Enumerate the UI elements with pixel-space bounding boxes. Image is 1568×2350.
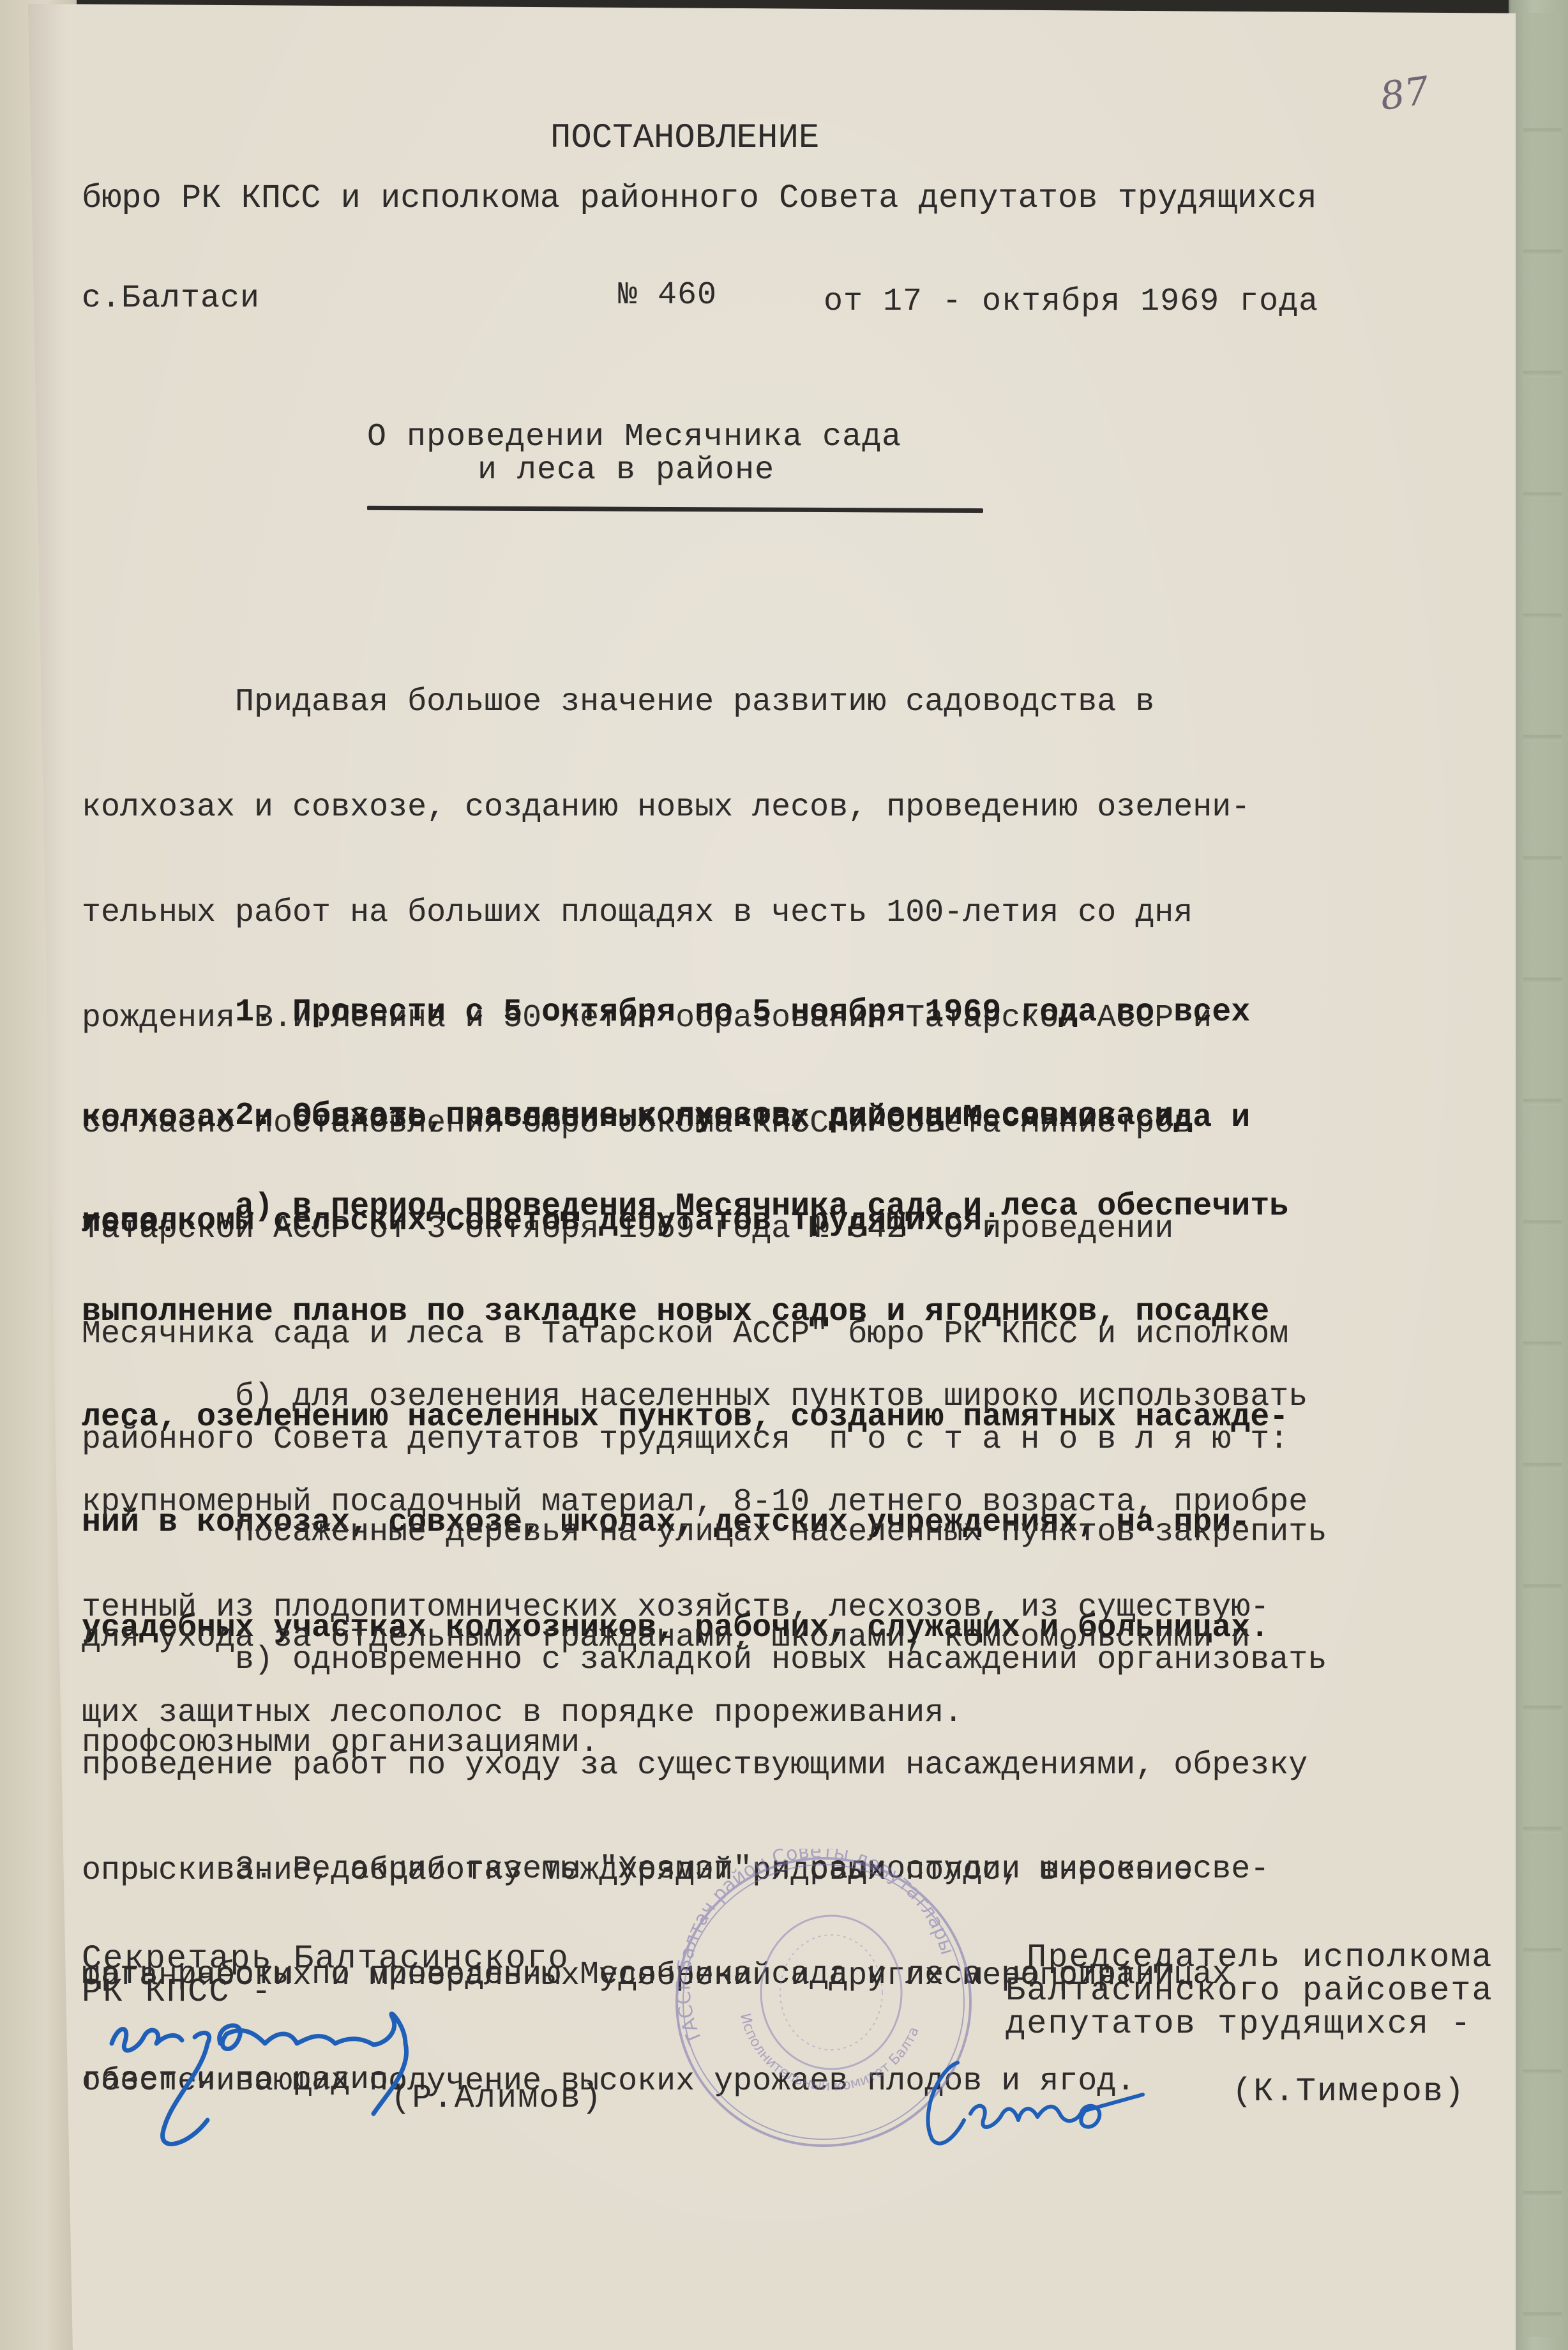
item-2v-line: проведение работ по уходу за существующи… xyxy=(82,1748,1525,1783)
item-2b-extra-line: Посаженные деревья на улицах населенных … xyxy=(82,1515,1525,1550)
item-1-line: 1. Провести с 5 октября по 5 ноября 1969… xyxy=(82,995,1525,1030)
right-signatory-name: (К.Тимеров) xyxy=(1232,2075,1465,2109)
subject-line-1: О проведении Месячника сада xyxy=(367,421,901,453)
document-issuer: бюро РК КПСС и исполкома районного Совет… xyxy=(82,182,1317,215)
left-handwritten-signature xyxy=(105,2005,514,2152)
stamp-outer-text: ТАССР Балтач район Советы депутатлары xyxy=(672,1849,958,2048)
preamble-line: колхозах и совхозе, созданию новых лесов… xyxy=(82,790,1525,825)
right-signatory-title-2: Балтасинского райсовета xyxy=(1006,1975,1493,2008)
left-signatory-name: (Р.Алимов) xyxy=(391,2082,603,2115)
handwritten-page-number: 87 xyxy=(1378,68,1432,119)
right-signatory-title-1: Председатель исполкома xyxy=(1027,1941,1493,1975)
subject-line-2: и леса в районе xyxy=(478,455,774,487)
svg-text:ТАССР Балтач район Советы депу: ТАССР Балтач район Советы депутатлары xyxy=(672,1849,958,2048)
document-title: ПОСТАНОВЛЕНИЕ xyxy=(550,121,819,156)
document-date: от 17 - октября 1969 года xyxy=(824,286,1318,318)
item-2v-line: в) одновременно с закладкой новых насажд… xyxy=(82,1642,1525,1678)
folder-edge-texture xyxy=(1523,13,1562,2337)
document-number: № 460 xyxy=(618,280,717,312)
item-2b-line: б) для озеленения населенных пунктов шир… xyxy=(82,1379,1525,1414)
item-2a-line: а) в период проведения Месячника сада и … xyxy=(82,1189,1525,1224)
left-signatory-title-1: Секретарь Балтасинского xyxy=(82,1943,569,1976)
left-signatory-title-2: РК КПСС - xyxy=(82,1976,273,2009)
right-signatory-title-3: депутатов трудящихся - xyxy=(1006,2008,1472,2041)
preamble-line: Придавая большое значение развитию садов… xyxy=(82,685,1525,720)
document-place: с.Балтаси xyxy=(82,283,260,315)
right-handwritten-signature xyxy=(913,2050,1168,2152)
